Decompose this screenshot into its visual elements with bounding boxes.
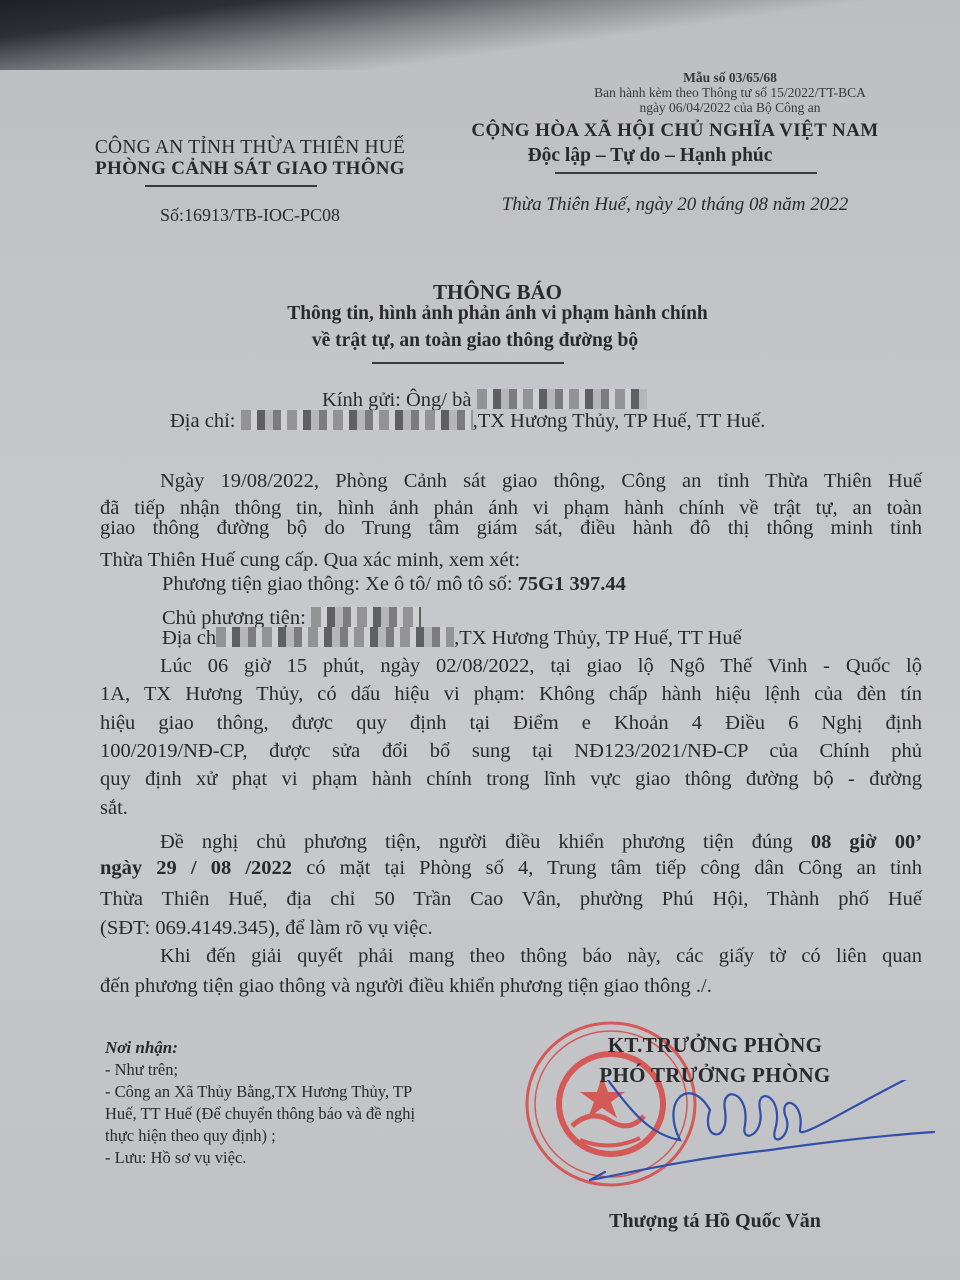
redacted-owner [311,607,421,627]
owner-address-label: Địa ch [162,627,216,649]
owner-address-suffix: ,TX Hương Thủy, TP Huế, TT Huế [454,627,742,649]
nation-motto: Độc lập – Tự do – Hạnh phúc [440,145,860,167]
notice-subtitle-2: về trật tự, an toàn giao thông đường bộ [0,330,950,352]
request-line: (SĐT: 069.4149.345), để làm rõ vụ việc. [100,917,922,940]
redacted-name [477,389,647,409]
request-prefix: Đề nghị chủ phương tiện, người điều khiể… [160,831,793,853]
recipient-item: - Như trên; [105,1059,415,1081]
violation-line: Lúc 06 giờ 15 phút, ngày 02/08/2022, tại… [160,655,922,678]
violation-line: 1A, TX Hương Thủy, có dấu hiệu vi phạm: … [100,683,922,706]
intro-line: giao thông đường bộ do Trung tâm giám sá… [100,517,922,540]
department-underline [145,185,317,187]
addressee-address: Địa chỉ: ,TX Hương Thủy, TP Huế, TT Huế. [170,410,765,433]
recipients-heading: Nơi nhận: [105,1037,415,1059]
vehicle-label: Phương tiện giao thông: Xe ô tô/ mô tô s… [162,573,513,595]
request-time: 08 giờ 00’ [811,831,922,853]
vehicle-line: Phương tiện giao thông: Xe ô tô/ mô tô s… [162,573,626,596]
form-note: Mẫu số 03/65/68 Ban hành kèm theo Thông … [540,70,920,115]
vehicle-plate: 75G1 397.44 [518,573,626,595]
request-line: ngày 29 / 08 /2022 có mặt tại Phòng số 4… [100,857,922,880]
motto-underline [555,172,817,174]
greeting-label: Kính gửi: Ông/ bà [322,389,471,411]
redacted-address [241,410,473,430]
intro-line: Thừa Thiên Huế cung cấp. Qua xác minh, x… [100,549,922,572]
violation-line: quy định xử phạt vi phạm hành chính tron… [100,768,922,791]
form-number: Mẫu số 03/65/68 [540,70,920,85]
owner-address-line: Địa ch,TX Hương Thủy, TP Huế, TT Huế [162,627,742,650]
redacted-owner-address [216,627,454,647]
recipient-item: - Công an Xã Thủy Bằng,TX Hương Thủy, TP [105,1081,415,1103]
form-issued-date: ngày 06/04/2022 của Bộ Công an [540,100,920,115]
recipient-item: - Lưu: Hồ sơ vụ việc. [105,1147,415,1169]
place-date: Thừa Thiên Huế, ngày 20 tháng 08 năm 202… [440,194,910,216]
request-date: ngày 29 / 08 /2022 [100,857,292,879]
form-issued-with: Ban hành kèm theo Thông tư số 15/2022/TT… [540,85,920,100]
violation-line: sắt. [100,797,922,820]
signature-title-1: KT.TRƯỞNG PHÒNG [580,1033,850,1058]
recipient-item: Huế, TT Huế (Để chuyển thông báo và đề n… [105,1103,415,1125]
violation-line: hiệu giao thông, được quy định tại Điểm … [100,712,922,735]
recipients-block: Nơi nhận: - Như trên; - Công an Xã Thủy … [105,1037,415,1169]
request-location: có mặt tại Phòng số 4, Trung tâm tiếp cô… [306,857,922,879]
notice-subtitle-1: Thông tin, hình ảnh phản ánh vi phạm hàn… [0,303,960,325]
handwritten-signature-icon [560,1080,940,1190]
address-suffix: ,TX Hương Thủy, TP Huế, TT Huế. [473,410,766,432]
agency-department: PHÒNG CẢNH SÁT GIAO THÔNG [78,158,422,180]
subtitle-underline [372,362,564,364]
closing-line: đến phương tiện giao thông và người điều… [100,975,922,998]
agency-parent: CÔNG AN TỈNH THỪA THIÊN HUẾ [80,137,420,159]
recipient-item: thực hiện theo quy định) ; [105,1125,415,1147]
address-label: Địa chỉ: [170,410,235,432]
signer-name: Thượng tá Hồ Quốc Văn [580,1210,850,1233]
addressee-line: Kính gửi: Ông/ bà [322,389,647,412]
request-line: Đề nghị chủ phương tiện, người điều khiể… [160,831,922,854]
document-number: Số:16913/TB-IOC-PC08 [80,205,420,226]
closing-line: Khi đến giải quyết phải mang theo thông … [160,945,922,968]
notice-title: THÔNG BÁO [0,280,960,305]
intro-line: Ngày 19/08/2022, Phòng Cảnh sát giao thô… [160,470,922,493]
nation-name: CỘNG HÒA XÃ HỘI CHỦ NGHĨA VIỆT NAM [440,120,910,142]
owner-label: Chủ phương tiện: [162,607,306,629]
request-line: Thừa Thiên Huế, địa chỉ 50 Trần Cao Vân,… [100,888,922,911]
violation-line: 100/2019/NĐ-CP, được sửa đổi bổ sung tại… [100,740,922,763]
